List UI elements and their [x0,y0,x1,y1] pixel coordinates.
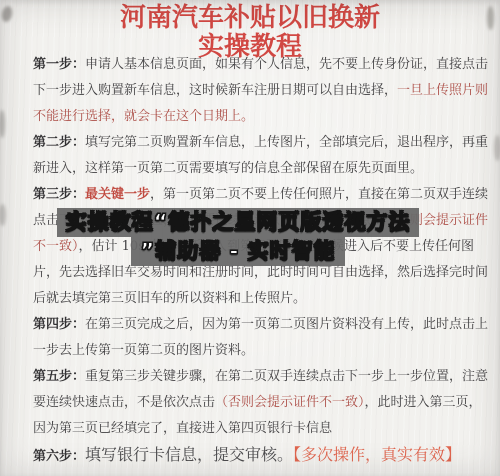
doc-line: 第五步：重复第三步关键步骤，在第二页双手连续点击下一步上一步位置，注意 [33,364,490,390]
bracket-emphasis-segment: 【多次操作，真实有效】 [293,445,461,464]
watermark-line2-wrap: ”辅助器 - 实时智能 [0,237,488,266]
doc-line: 第四步：在第三页完成之后，因为第一页第二页图片资料没有上传，此时点击上 [33,312,490,338]
doc-line: 第二步：填写完第二页购置新车信息，上传图片，全部填完后，退出程序，再重 [33,130,490,156]
scan-artifact [494,135,500,161]
doc-line: 不能进行选择，就会卡在这个日期上。 [33,104,490,130]
watermark-line1: 实操教程“德扑之星网页版透视方法 [57,208,420,237]
scan-artifact [0,110,5,138]
doc-line: 要连续快速点击，不是依次点击（否则会提示证件不一致），此时进入第三页， [33,390,490,416]
text-segment: 片，先去选择旧车交易时间和注册时间，此时时间可自由选择，然后选择完时间 [33,265,488,280]
scanned-tutorial-page: 河南汽车补贴以旧换新 实操教程 第一步：申请人基本信息页面，如果有个人信息，先不… [0,0,500,476]
doc-line: 第六步：填写银行卡信息，提交审核。【多次操作，真实有效】 [33,442,490,468]
watermark-overlay: 实操教程“德扑之星网页版透视方法 ”辅助器 - 实时智能 [0,208,488,266]
text-segment: 新进入，这样第一页第二页需要填写的信息全部保留在原先页面里。 [33,161,423,176]
step-label: 第二步： [33,135,85,150]
step-label: 第五步： [33,369,85,384]
step-label: 第一步： [33,57,85,72]
text-segment: 因为第三页已经填完了，直接进入第四页银行卡信息 [33,421,332,436]
highlight-red-segment: 一旦上传照片则 [397,83,488,98]
text-segment: 要连续快速点击，不是依次点击 [33,395,215,410]
doc-line: 第三步：最关键一步，第一页第二页不要上传任何照片，直接在第二页双手连续 [33,182,490,208]
page-title-line1: 河南汽车补贴以旧换新 [0,4,500,33]
step-label: 第四步： [33,317,85,332]
doc-line: 下一步进入购置新车信息，这时候新车注册日期可以自由选择，一旦上传照片则 [33,78,490,104]
watermark-line1-wrap: 实操教程“德扑之星网页版透视方法 [0,208,488,237]
key-step-segment: 最关键一步 [85,187,150,202]
text-segment: 填写银行卡信息，提交审核。 [85,445,293,464]
text-segment: 下一步进入购置新车信息，这时候新车注册日期可以自由选择， [33,83,397,98]
text-segment: 一步去上传第一页第二页的图片资料。 [33,343,254,358]
doc-line: 后就去填完第三页旧车的所以资料和上传照片。 [33,286,490,312]
doc-line: 第一步：申请人基本信息页面，如果有个人信息，先不要上传身份证，直接点击 [33,52,490,78]
doc-line: 一步去上传第一页第二页的图片资料。 [33,338,490,364]
text-segment: 申请人基本信息页面，如果有个人信息，先不要上传身份证，直接点击 [85,57,488,72]
highlight-red-segment: 不能进行选择，就会卡在这个日期上。 [33,109,254,124]
step-label: 第六步： [33,449,85,464]
text-segment: ，此时进入第三页， [365,395,482,410]
doc-line: 因为第三页已经填完了，直接进入第四页银行卡信息 [33,416,490,442]
text-segment: 重复第三步关键步骤，在第二页双手连续点击下一步上一步位置，注意 [85,369,488,384]
step-label: 第三步： [33,187,85,202]
watermark-line2: ”辅助器 - 实时智能 [131,237,344,266]
text-segment: 后就去填完第三页旧车的所以资料和上传照片。 [33,291,306,306]
text-segment: 在第三页完成之后，因为第一页第二页图片资料没有上传，此时点击上 [85,317,488,332]
doc-line: 新进入，这样第一页第二页需要填写的信息全部保留在原先页面里。 [33,156,490,182]
text-segment: ，第一页第二页不要上传任何照片，直接在第二页双手连续 [150,187,488,202]
text-segment: 填写完第二页购置新车信息，上传图片，全部填完后，退出程序，再重 [85,135,488,150]
highlight-red-segment: （否则会提示证件不一致） [215,395,365,410]
